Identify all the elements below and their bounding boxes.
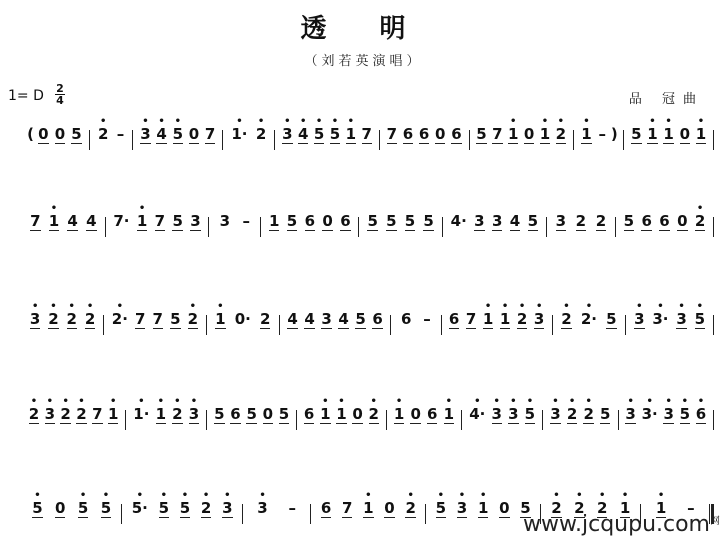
- note: 7: [28, 205, 42, 234]
- note: 5: [403, 205, 417, 234]
- note: 6: [370, 303, 384, 332]
- note: •3: [455, 492, 469, 521]
- note: 5: [170, 205, 184, 234]
- note: –: [287, 492, 299, 516]
- note: 7: [490, 118, 504, 147]
- note: •1: [106, 398, 120, 427]
- note: •1: [442, 398, 456, 427]
- note: 0: [497, 492, 511, 521]
- note: •5: [76, 492, 90, 521]
- note: •3: [43, 398, 57, 427]
- note: 6: [401, 118, 415, 147]
- note: •3: [661, 398, 675, 427]
- note: •1: [661, 118, 675, 147]
- note: 0: [433, 118, 447, 147]
- note: 4: [336, 303, 350, 332]
- note: 3: [472, 205, 486, 234]
- note: 2: [574, 205, 588, 234]
- measure: •10·2: [207, 303, 279, 332]
- note: •5: [157, 492, 171, 521]
- note: 6: [657, 205, 671, 234]
- note: 6: [417, 118, 431, 147]
- note: 5: [629, 118, 643, 147]
- measure: •50•5•5: [22, 492, 121, 521]
- note: 0: [53, 118, 67, 147]
- measure: 67•10•2: [311, 492, 425, 521]
- note: 7: [151, 303, 165, 332]
- note: –: [597, 118, 609, 142]
- note: •5: [171, 118, 185, 147]
- measure: 5•1•10•1: [624, 118, 713, 147]
- note: •3: [632, 303, 646, 332]
- measure: •3•4•5•5•17: [275, 118, 378, 147]
- song-title: 透 明: [0, 8, 728, 45]
- site-watermark: www.jcqupu.com网: [523, 512, 720, 537]
- note: •1: [506, 118, 520, 147]
- note: 4: [302, 303, 316, 332]
- note: 6: [449, 118, 463, 147]
- note: •2: [83, 303, 97, 332]
- note: •4·: [467, 398, 487, 422]
- note: 3: [490, 205, 504, 234]
- measure: 15606: [261, 205, 358, 234]
- measure: 7•144: [22, 205, 105, 234]
- measure: 7·•1753: [106, 205, 209, 234]
- note: 7: [385, 118, 399, 147]
- note: 5: [285, 205, 299, 234]
- score-row: 7•1447·•17533–1560655554·33453225660•2: [22, 205, 714, 245]
- note: •1: [538, 118, 552, 147]
- note: 5: [526, 205, 540, 234]
- note: 7: [464, 303, 478, 332]
- note: •5: [523, 398, 537, 427]
- note: 5: [474, 118, 488, 147]
- note: 6: [447, 303, 461, 332]
- note: 5: [244, 398, 258, 427]
- note: •3·: [640, 398, 660, 422]
- note: •1·: [131, 398, 151, 422]
- note: •2: [96, 118, 110, 142]
- note: 0·: [233, 303, 253, 327]
- note: •1: [213, 303, 227, 332]
- note: •2: [186, 303, 200, 332]
- note: •3: [187, 398, 201, 427]
- measure: •3•3·•3•5•6: [619, 398, 713, 427]
- score-row: •3•2•2•2•2·775•2•10·24434566–67•1•1•2•3•…: [22, 303, 714, 343]
- note: 0: [187, 118, 201, 147]
- note: •1: [392, 398, 406, 427]
- note: •1: [135, 205, 149, 234]
- note: •2: [693, 205, 707, 234]
- note: 5: [604, 303, 618, 332]
- measure: •3•4•507: [133, 118, 222, 147]
- note: •2: [581, 398, 595, 427]
- note: 0: [350, 398, 364, 427]
- measure: 56505: [207, 398, 296, 427]
- note: •2·: [110, 303, 130, 327]
- measure: •3•3·•3•5: [626, 303, 713, 332]
- note: •3: [28, 303, 42, 332]
- performer-subtitle: （刘若英演唱）: [0, 50, 728, 69]
- measure: 6•1•10•2: [297, 398, 386, 427]
- note: 7: [203, 118, 217, 147]
- note: •2: [559, 303, 573, 332]
- note: 5: [365, 205, 379, 234]
- meter-bottom: 4: [56, 94, 64, 107]
- note: 4: [285, 303, 299, 332]
- note: •4: [154, 118, 168, 147]
- note: 3: [188, 205, 202, 234]
- measure: •3•2•2•2: [22, 303, 103, 332]
- measure: 3–: [209, 205, 260, 229]
- measure: •2·775•2: [104, 303, 205, 332]
- note: •1: [361, 492, 375, 521]
- note: •1·: [229, 118, 249, 142]
- note: •1: [694, 118, 708, 147]
- measure: •2–: [90, 118, 133, 142]
- note: 1: [267, 205, 281, 234]
- note: 3: [319, 303, 333, 332]
- note: •5: [30, 492, 44, 521]
- note: 6: [338, 205, 352, 234]
- note: •5·: [130, 492, 150, 516]
- note: •3: [490, 398, 504, 427]
- note: 3: [554, 205, 568, 234]
- note: •2: [254, 118, 268, 142]
- note: –: [241, 205, 253, 229]
- note: 6: [228, 398, 242, 427]
- note: •3: [532, 303, 546, 332]
- note: •1: [318, 398, 332, 427]
- note: 6: [319, 492, 333, 521]
- measure: •3–: [243, 492, 311, 516]
- note: •1: [154, 398, 168, 427]
- note: 4: [84, 205, 98, 234]
- note: 6: [399, 303, 413, 327]
- barline: [713, 130, 714, 150]
- note: •1: [579, 118, 593, 147]
- note: 4·: [449, 205, 469, 229]
- note: 5: [598, 398, 612, 427]
- note: •2: [199, 492, 213, 521]
- measure: •106•1: [387, 398, 461, 427]
- note: •3: [623, 398, 637, 427]
- note: •2: [170, 398, 184, 427]
- note: 2: [594, 205, 608, 234]
- note: •2: [515, 303, 529, 332]
- barline: [713, 217, 714, 237]
- note: 6: [639, 205, 653, 234]
- note: •5: [178, 492, 192, 521]
- measure: 4·3345: [443, 205, 546, 234]
- note: 0: [320, 205, 334, 234]
- note: •1: [498, 303, 512, 332]
- note: 0: [36, 118, 50, 147]
- repeat-paren: (: [27, 118, 34, 142]
- note: 5: [384, 205, 398, 234]
- note: •5: [312, 118, 326, 147]
- note: •1: [645, 118, 659, 147]
- note: 6: [302, 398, 316, 427]
- note: 0: [382, 492, 396, 521]
- measure: •2•3•2•27•1: [22, 398, 125, 427]
- note: 7: [133, 303, 147, 332]
- note: 0: [678, 118, 692, 147]
- time-signature: 2 4: [55, 83, 65, 106]
- repeat-paren: ): [611, 118, 618, 142]
- note: •3: [255, 492, 269, 516]
- note: •1: [334, 398, 348, 427]
- measure: 57•10•1•2: [470, 118, 573, 147]
- note: •2: [554, 118, 568, 147]
- measure: •2•2·5: [553, 303, 625, 332]
- note: 0: [675, 205, 689, 234]
- note: •2: [46, 303, 60, 332]
- note: •1: [47, 205, 61, 234]
- note: •5: [99, 492, 113, 521]
- note: 6: [425, 398, 439, 427]
- note: –: [421, 303, 433, 327]
- note: 0: [408, 398, 422, 427]
- note: •3: [674, 303, 688, 332]
- note: •1: [476, 492, 490, 521]
- measure: •1·•2: [223, 118, 274, 142]
- note: 7: [360, 118, 374, 147]
- note: 7: [340, 492, 354, 521]
- note: •2: [65, 303, 79, 332]
- note: •2: [74, 398, 88, 427]
- note: •4: [296, 118, 310, 147]
- note: •6: [694, 398, 708, 427]
- note: –: [115, 118, 127, 142]
- measure: •3•2•25: [543, 398, 617, 427]
- composer-credit: 品 冠曲: [629, 88, 704, 107]
- note: 0: [522, 118, 536, 147]
- note: •2·: [579, 303, 599, 327]
- note: •3: [138, 118, 152, 147]
- note: 7: [153, 205, 167, 234]
- note: •2: [58, 398, 72, 427]
- note: •5: [328, 118, 342, 147]
- measure: 5555: [359, 205, 442, 234]
- note: 7: [90, 398, 104, 427]
- note: •2: [403, 492, 417, 521]
- measure: 5660•2: [616, 205, 713, 234]
- measure: 76606: [380, 118, 469, 147]
- note: 3: [218, 205, 232, 229]
- note: 5: [69, 118, 83, 147]
- score-row: (005•2–•3•4•507•1·•2•3•4•5•5•177660657•1…: [22, 118, 714, 158]
- measure: •1·•1•2•3: [126, 398, 206, 427]
- barline: [713, 315, 714, 335]
- measure: •4·•3•3•5: [462, 398, 542, 427]
- measure: 6–: [391, 303, 440, 327]
- note: •2: [367, 398, 381, 427]
- watermark-suffix: 网: [710, 516, 720, 527]
- note: •3: [220, 492, 234, 521]
- note: 5: [277, 398, 291, 427]
- note: 4: [65, 205, 79, 234]
- note: 5: [421, 205, 435, 234]
- measure: •5·•5•5•2•3: [122, 492, 242, 521]
- note: •1: [344, 118, 358, 147]
- note: •5: [678, 398, 692, 427]
- note: •3: [280, 118, 294, 147]
- measure: •1–): [574, 118, 623, 147]
- note: 0: [53, 492, 67, 521]
- key-signature: 1= D: [8, 88, 44, 104]
- watermark-text: www.jcqupu.com: [523, 512, 710, 537]
- note: 0: [261, 398, 275, 427]
- score-row: •2•3•2•27•1•1·•1•2•3565056•1•10•2•106•1•…: [22, 398, 714, 438]
- note: 5: [168, 303, 182, 332]
- note: 2: [258, 303, 272, 332]
- note: •1: [481, 303, 495, 332]
- note: 4: [508, 205, 522, 234]
- measure: 67•1•1•2•3: [442, 303, 552, 332]
- note: •5: [434, 492, 448, 521]
- note: 5: [353, 303, 367, 332]
- note: 5: [622, 205, 636, 234]
- note: •5: [693, 303, 707, 332]
- note: •2: [27, 398, 41, 427]
- measure: (005: [22, 118, 89, 147]
- note: •3: [506, 398, 520, 427]
- note: 5: [212, 398, 226, 427]
- note: •3: [548, 398, 562, 427]
- measure: 322: [547, 205, 615, 234]
- measure: 443456: [280, 303, 390, 332]
- note: 7·: [111, 205, 131, 229]
- barline: [713, 410, 714, 430]
- note: 6: [303, 205, 317, 234]
- note: •3·: [650, 303, 670, 327]
- note: •2: [565, 398, 579, 427]
